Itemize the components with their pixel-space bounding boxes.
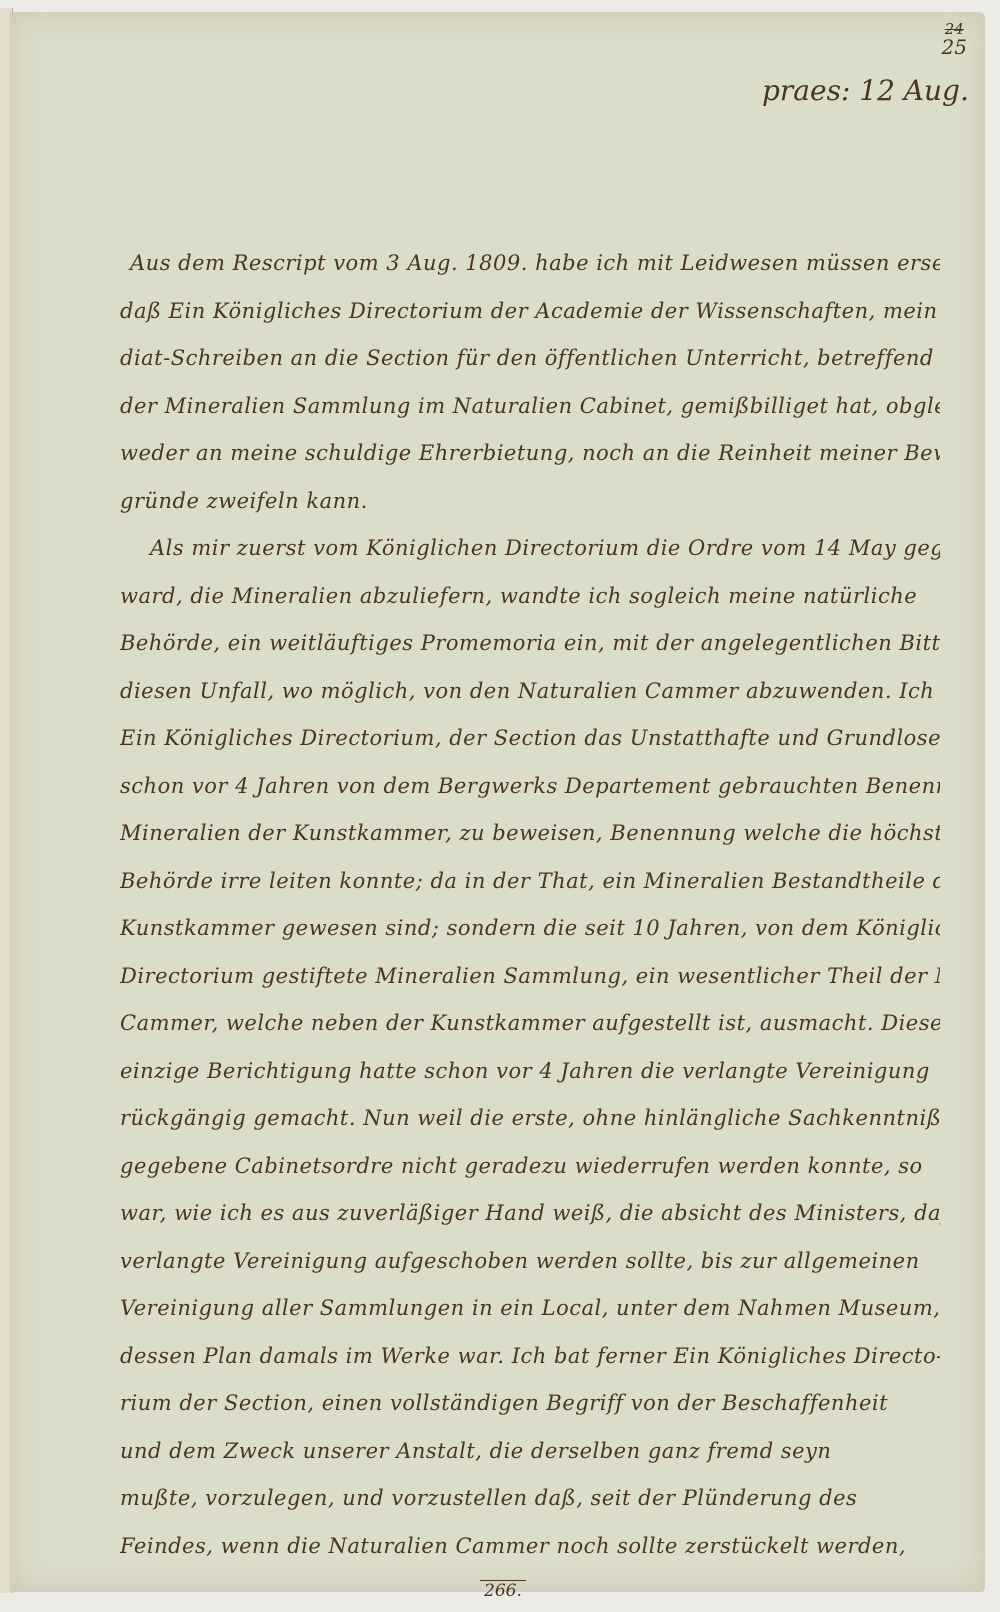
text-line: Cammer, welche neben der Kunstkammer auf… [120,1000,940,1048]
text-line: Kunstkammer gewesen sind; sondern die se… [120,905,940,953]
text-line: Mineralien der Kunstkammer, zu beweisen,… [120,810,940,858]
folio-number: 24 25 [942,20,967,56]
manuscript-page: 24 25 praes: 12 Aug. Aus dem Rescript vo… [10,12,985,1592]
text-line: gründe zweifeln kann. [120,478,940,526]
text-line: rium der Section, einen vollständigen Be… [120,1380,940,1428]
praes-note: praes: 12 Aug. [762,74,969,107]
folio-new: 25 [942,35,967,59]
text-line: daß Ein Königliches Directorium der Acad… [120,288,940,336]
letter-body: Aus dem Rescript vom 3 Aug. 1809. habe i… [120,240,940,1570]
text-line: Behörde irre leiten konnte; da in der Th… [120,858,940,906]
text-line: rückgängig gemacht. Nun weil die erste, … [120,1095,940,1143]
text-line: Aus dem Rescript vom 3 Aug. 1809. habe i… [120,240,940,288]
text-line: Directorium gestiftete Mineralien Sammlu… [120,953,940,1001]
text-line: Als mir zuerst vom Königlichen Directori… [120,525,940,573]
text-line: schon vor 4 Jahren von dem Bergwerks Dep… [120,763,940,811]
text-line: Ein Königliches Directorium, der Section… [120,715,940,763]
text-line: mußte, vorzulegen, und vorzustellen daß,… [120,1475,940,1523]
text-line: ward, die Mineralien abzuliefern, wandte… [120,573,940,621]
text-line: Feindes, wenn die Naturalien Cammer noch… [120,1523,940,1571]
text-line: verlangte Vereinigung aufgeschoben werde… [120,1238,940,1286]
text-line: weder an meine schuldige Ehrerbietung, n… [120,430,940,478]
text-line: war, wie ich es aus zuverläßiger Hand we… [120,1190,940,1238]
text-line: Behörde, ein weitläuftiges Promemoria ei… [120,620,940,668]
archive-number: 266. [480,1580,526,1601]
text-line: dessen Plan damals im Werke war. Ich bat… [120,1333,940,1381]
paragraph-1: Aus dem Rescript vom 3 Aug. 1809. habe i… [120,240,940,525]
text-line: Vereinigung aller Sammlungen in ein Loca… [120,1285,940,1333]
text-line: und dem Zweck unserer Anstalt, die derse… [120,1428,940,1476]
text-line: diesen Unfall, wo möglich, von den Natur… [120,668,940,716]
paragraph-2: Als mir zuerst vom Königlichen Directori… [120,525,940,1570]
text-line: einzige Berichtigung hatte schon vor 4 J… [120,1048,940,1096]
text-line: diat-Schreiben an die Section für den öf… [120,335,940,383]
text-line: gegebene Cabinetsordre nicht geradezu wi… [120,1143,940,1191]
text-line: der Mineralien Sammlung im Naturalien Ca… [120,383,940,431]
